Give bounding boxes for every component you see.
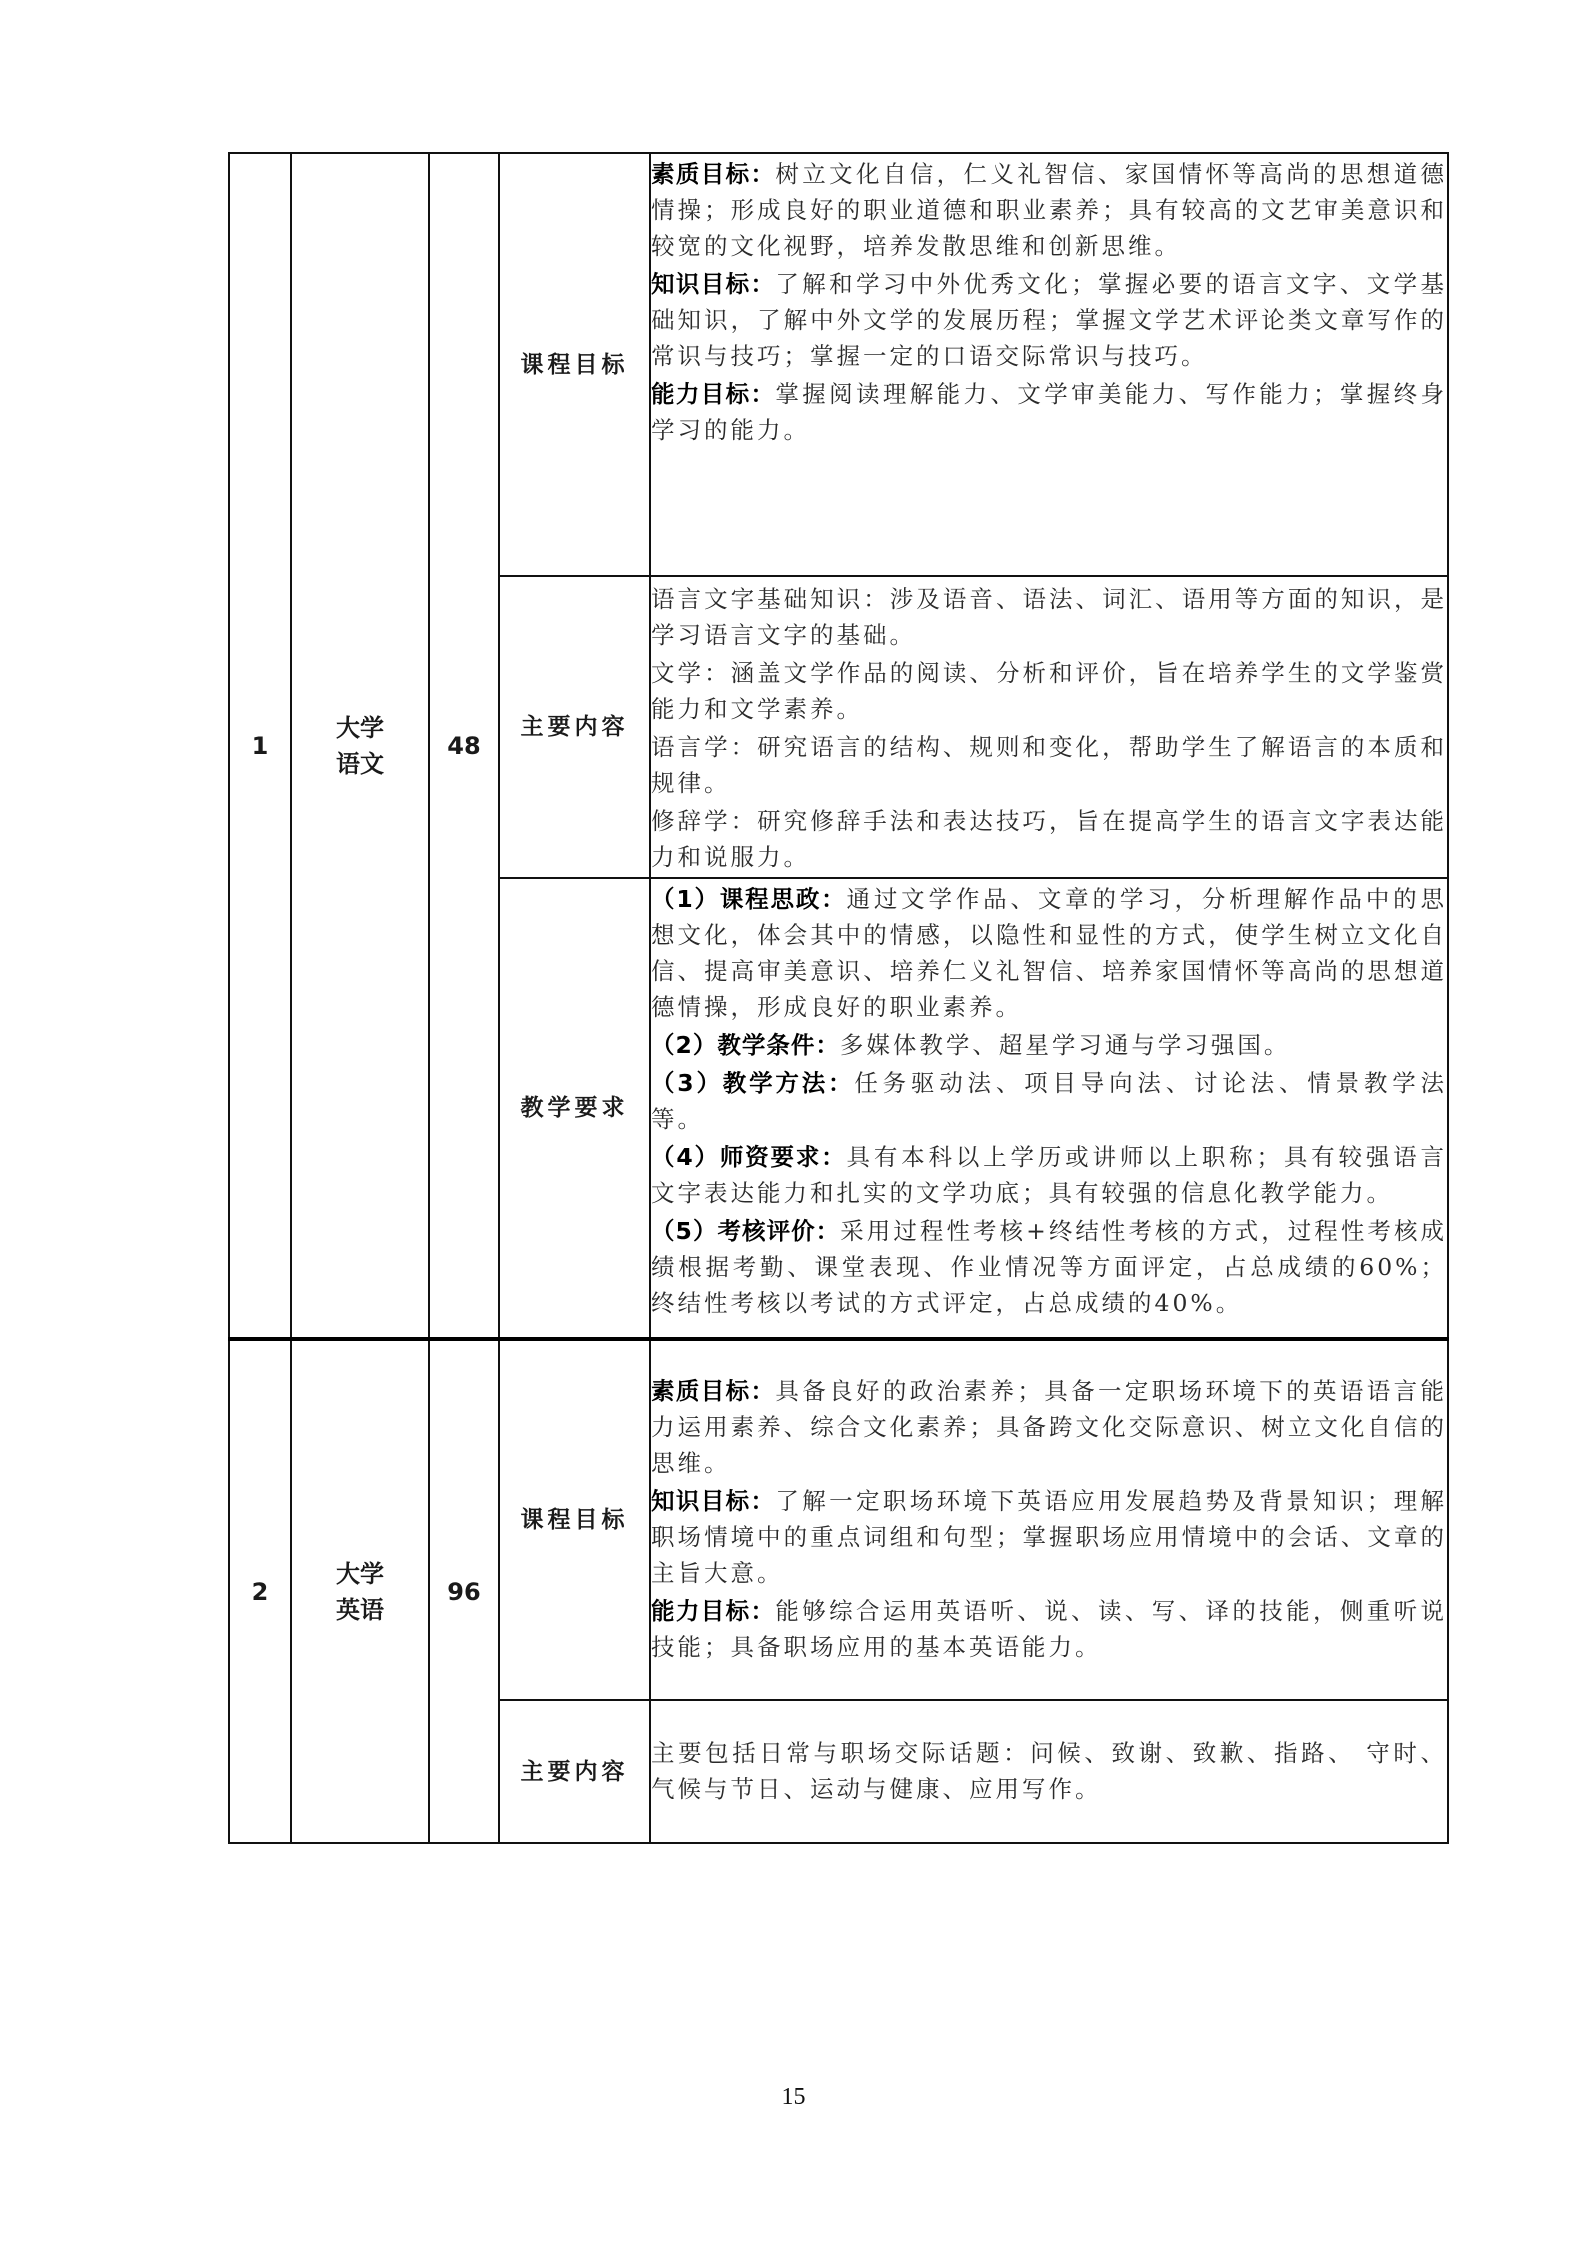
objective-keyword: 能力目标： xyxy=(651,1597,775,1625)
course-name-line1: 大学 xyxy=(292,1556,428,1592)
section-label-objectives: 课程目标 xyxy=(499,153,650,576)
course-name: 大学 英语 xyxy=(291,1339,429,1843)
content-item: 修辞学：研究修辞手法和表达技巧，旨在提高学生的语言文字表达能力和说服力。 xyxy=(651,803,1447,875)
requirement-keyword: （1）课程思政： xyxy=(651,885,847,913)
section-label-requirements: 教学要求 xyxy=(499,878,650,1339)
objective-item: 知识目标：了解一定职场环境下英语应用发展趋势及背景知识；理解职场情境中的重点词组… xyxy=(651,1483,1447,1591)
table-row: 1 大学 语文 48 课程目标 素质目标：树立文化自信，仁义礼智信、家国情怀等高… xyxy=(229,153,1448,576)
requirement-item: （2）教学条件：多媒体教学、超星学习通与学习强国。 xyxy=(651,1027,1447,1063)
section-label-objectives: 课程目标 xyxy=(499,1339,650,1700)
requirement-item: （4）师资要求：具有本科以上学历或讲师以上职称；具有较强语言文字表达能力和扎实的… xyxy=(651,1139,1447,1211)
requirement-item: （1）课程思政：通过文学作品、文章的学习，分析理解作品中的思想文化，体会其中的情… xyxy=(651,881,1447,1025)
objective-item: 知识目标：了解和学习中外优秀文化；掌握必要的语言文字、文学基础知识，了解中外文学… xyxy=(651,266,1447,374)
objective-item: 能力目标：掌握阅读理解能力、文学审美能力、写作能力；掌握终身学习的能力。 xyxy=(651,376,1447,448)
objective-keyword: 能力目标： xyxy=(651,380,775,408)
requirement-item: （3）教学方法：任务驱动法、项目导向法、讨论法、情景教学法等。 xyxy=(651,1065,1447,1137)
requirement-keyword: （2）教学条件： xyxy=(651,1031,840,1059)
course-name-line2: 语文 xyxy=(292,746,428,782)
objective-item: 素质目标：树立文化自信，仁义礼智信、家国情怀等高尚的思想道德情操；形成良好的职业… xyxy=(651,156,1447,264)
requirement-keyword: （4）师资要求： xyxy=(651,1143,847,1171)
course-name-line2: 英语 xyxy=(292,1592,428,1628)
content-item: 语言文字基础知识：涉及语音、语法、词汇、语用等方面的知识，是学习语言文字的基础。 xyxy=(651,581,1447,653)
course-number-text: 1 xyxy=(252,732,269,760)
section-content-main: 语言文字基础知识：涉及语音、语法、词汇、语用等方面的知识，是学习语言文字的基础。… xyxy=(650,576,1448,878)
content-item: 语言学：研究语言的结构、规则和变化，帮助学生了解语言的本质和规律。 xyxy=(651,729,1447,801)
page-number: 15 xyxy=(0,2084,1587,2111)
section-content-objectives: 素质目标：树立文化自信，仁义礼智信、家国情怀等高尚的思想道德情操；形成良好的职业… xyxy=(650,153,1448,576)
course-hours: 48 xyxy=(429,153,499,1339)
section-content-requirements: （1）课程思政：通过文学作品、文章的学习，分析理解作品中的思想文化，体会其中的情… xyxy=(650,878,1448,1339)
objective-item: 能力目标：能够综合运用英语听、说、读、写、译的技能，侧重听说技能；具备职场应用的… xyxy=(651,1593,1447,1665)
requirement-item: （5）考核评价：采用过程性考核+终结性考核的方式，过程性考核成绩根据考勤、课堂表… xyxy=(651,1213,1447,1321)
section-content-main: 主要包括日常与职场交际话题：问候、致谢、致歉、指路、 守时、气候与节日、运动与健… xyxy=(650,1700,1448,1843)
course-number: 2 xyxy=(229,1339,291,1843)
content-item: 主要包括日常与职场交际话题：问候、致谢、致歉、指路、 守时、气候与节日、运动与健… xyxy=(651,1735,1447,1807)
requirement-text: 多媒体教学、超星学习通与学习强国。 xyxy=(840,1031,1291,1059)
requirement-keyword: （5）考核评价： xyxy=(651,1217,840,1245)
course-hours: 96 xyxy=(429,1339,499,1843)
course-table: 1 大学 语文 48 课程目标 素质目标：树立文化自信，仁义礼智信、家国情怀等高… xyxy=(228,152,1449,1844)
objective-keyword: 素质目标： xyxy=(651,1377,775,1405)
course-name-line1: 大学 xyxy=(292,710,428,746)
objective-keyword: 素质目标： xyxy=(651,160,775,188)
requirement-keyword: （3）教学方法： xyxy=(651,1069,854,1097)
section-label-content: 主要内容 xyxy=(499,576,650,878)
objective-keyword: 知识目标： xyxy=(651,1487,775,1515)
course-name: 大学 语文 xyxy=(291,153,429,1339)
course-hours-text: 96 xyxy=(447,1578,480,1606)
course-number: 1 xyxy=(229,153,291,1339)
table-row: 2 大学 英语 96 课程目标 素质目标：具备良好的政治素养；具备一定职场环境下… xyxy=(229,1339,1448,1700)
section-content-objectives: 素质目标：具备良好的政治素养；具备一定职场环境下的英语语言能力运用素养、综合文化… xyxy=(650,1339,1448,1700)
objective-keyword: 知识目标： xyxy=(651,270,775,298)
course-number-text: 2 xyxy=(252,1578,269,1606)
content-item: 文学：涵盖文学作品的阅读、分析和评价，旨在培养学生的文学鉴赏能力和文学素养。 xyxy=(651,655,1447,727)
objective-item: 素质目标：具备良好的政治素养；具备一定职场环境下的英语语言能力运用素养、综合文化… xyxy=(651,1373,1447,1481)
section-label-content: 主要内容 xyxy=(499,1700,650,1843)
course-hours-text: 48 xyxy=(447,732,480,760)
